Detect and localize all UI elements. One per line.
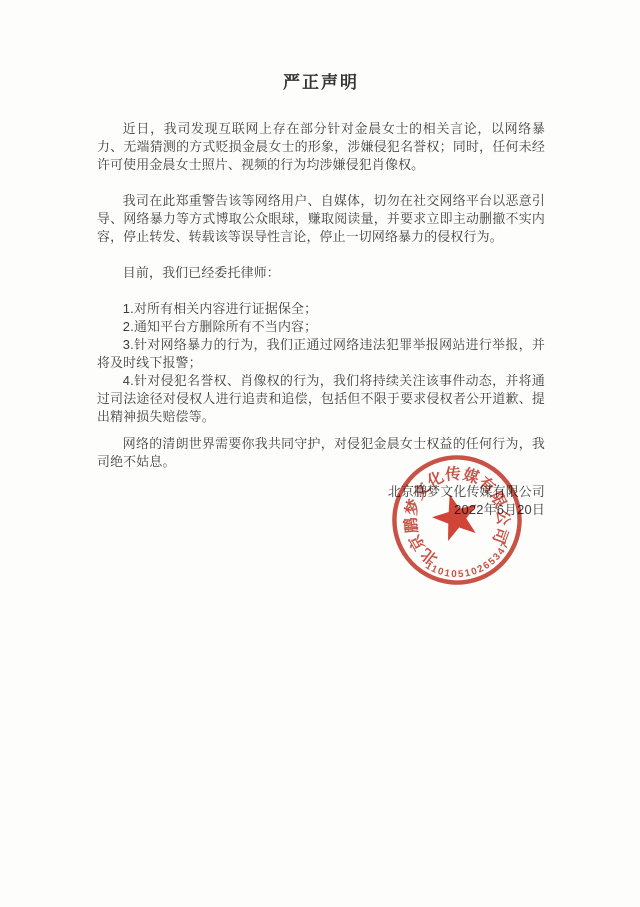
seal-registration-number: 11010510265347 [421,537,518,590]
closing-paragraph: 网络的清朗世界需要你我共同守护，对侵犯金晨女士权益的任何行为，我司绝不姑息。 [97,435,545,471]
signature-block: 北京鹏梦文化传媒有限公司 2022年6月20日 [97,483,545,519]
measures-list: 1.对所有相关内容进行证据保全； 2.通知平台方删除所有不当内容； 3.针对网络… [97,300,545,426]
paragraph-allegations: 近日，我司发现互联网上存在部分针对金晨女士的相关言论，以网络暴力、无端猜测的方式… [97,120,545,174]
list-item-platform-removal: 2.通知平台方删除所有不当内容； [97,318,545,336]
page-title: 严正声明 [97,72,545,94]
list-item-legal-action: 4.针对侵犯名誉权、肖像权的行为，我们将持续关注该事件动态，并将通过司法途径对侵… [97,372,545,426]
signature-date: 2022年6月20日 [97,501,545,519]
paragraph-warning: 我司在此郑重警告该等网络用户、自媒体，切勿在社交网络平台以恶意引导、网络暴力等方… [97,192,545,246]
signature-company: 北京鹏梦文化传媒有限公司 [97,483,545,501]
list-item-evidence: 1.对所有相关内容进行证据保全； [97,300,545,318]
list-item-report: 3.针对网络暴力的行为，我们正通过网络违法犯罪举报网站进行举报，并将及时线下报警… [97,336,545,372]
paragraph-lawyer-intro: 目前，我们已经委托律师： [97,264,545,282]
statement-content: 严正声明 近日，我司发现互联网上存在部分针对金晨女士的相关言论，以网络暴力、无端… [0,0,640,519]
svg-text:11010510265347: 11010510265347 [421,537,518,590]
statement-page: 严正声明 近日，我司发现互联网上存在部分针对金晨女士的相关言论，以网络暴力、无端… [0,0,640,907]
